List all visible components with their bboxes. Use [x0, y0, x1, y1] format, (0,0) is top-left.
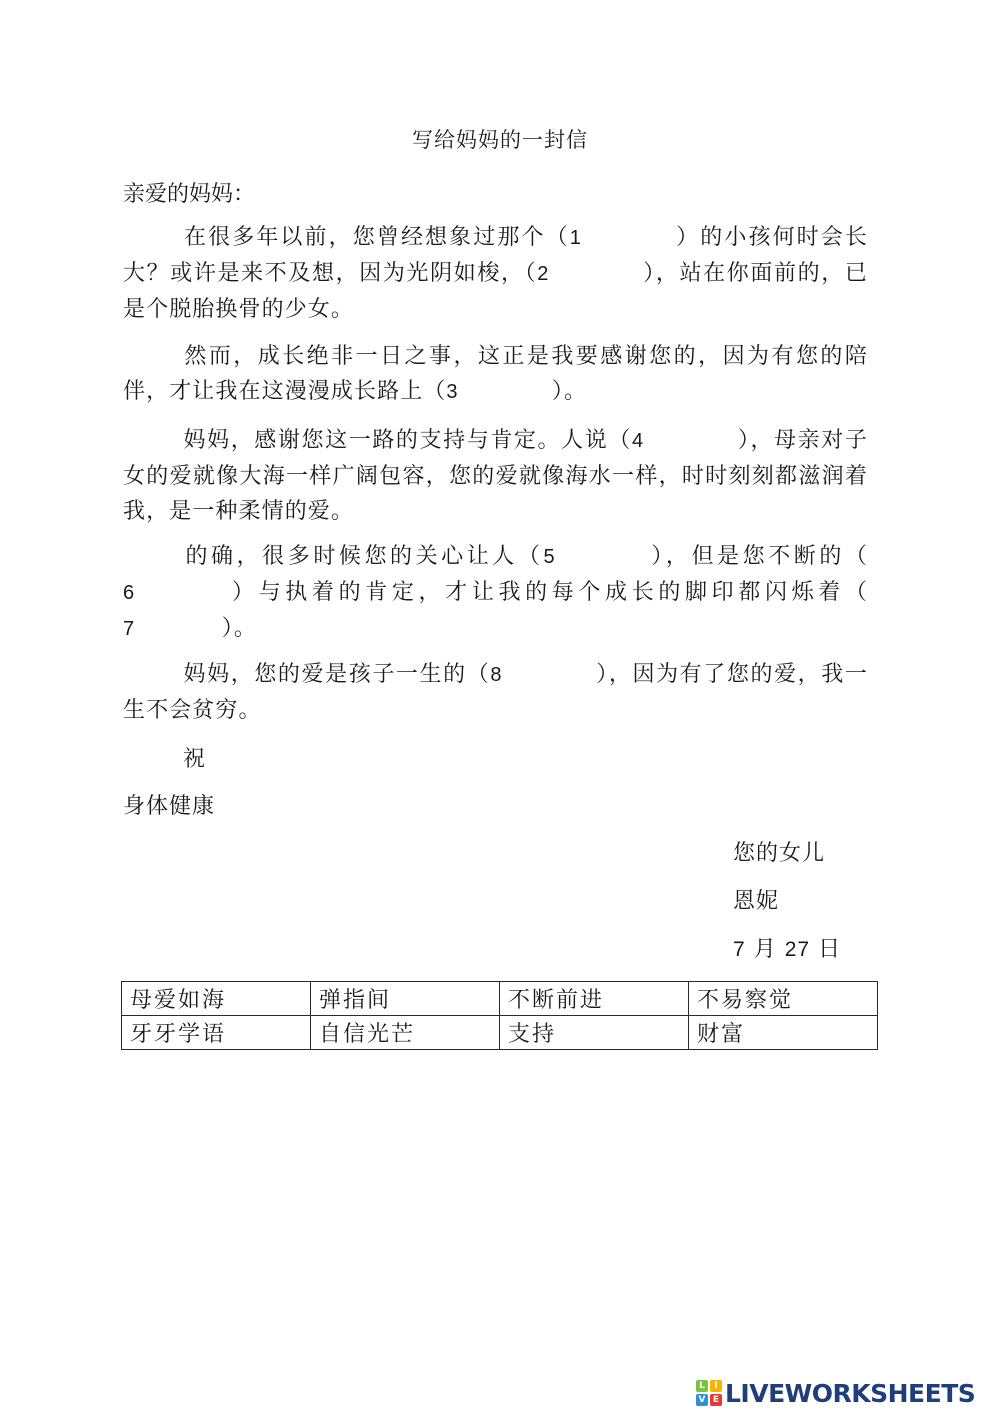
answer-blank-1[interactable]: 1	[570, 221, 675, 256]
word-bank-cell[interactable]: 牙牙学语	[122, 1016, 311, 1050]
word-bank-table: 母爱如海 弹指间 不断前进 不易察觉 牙牙学语 自信光芒 支持 财富	[121, 981, 878, 1050]
paragraph-text: ）。	[552, 379, 587, 404]
answer-blank-4[interactable]: 4	[632, 424, 737, 459]
liveworksheets-brand: L I V E LIVEWORKSHEETS	[696, 1378, 975, 1408]
answer-blank-8[interactable]: 8	[490, 658, 595, 693]
word-bank-row: 牙牙学语 自信光芒 支持 财富	[122, 1016, 878, 1050]
salutation: 亲爱的妈妈：	[123, 177, 255, 208]
paragraph-1: 在很多年以前，您曾经想象过那个（1 ）的小孩何时会长大？或许是来不及想，因为光阴…	[123, 220, 868, 327]
blank-number: 8	[490, 658, 502, 693]
paragraph-text: ）与执着的肯定，才让我的每个成长的脚印都闪烁着（	[228, 580, 868, 605]
date-month-label: 月	[754, 937, 777, 962]
liveworksheets-logo-icon: L I V E	[696, 1380, 722, 1406]
signature-name: 恩妮	[733, 884, 779, 915]
logo-tile-l: L	[696, 1380, 708, 1392]
word-bank-cell[interactable]: 弹指间	[311, 982, 500, 1016]
blank-number: 1	[570, 221, 582, 256]
signature-relation: 您的女儿	[733, 836, 825, 867]
answer-blank-5[interactable]: 5	[543, 540, 648, 575]
signature-date: 7 月 27 日	[733, 932, 841, 963]
paragraph-5: 妈妈，您的爱是孩子一生的（8 ），因为有了您的爱，我一生不会贫穷。	[123, 657, 868, 728]
date-month: 7	[733, 938, 746, 961]
date-day: 27	[785, 938, 810, 961]
brand-wordmark: LIVEWORKSHEETS	[725, 1379, 975, 1408]
logo-tile-i: I	[710, 1380, 722, 1392]
closing-wish: 祝	[183, 742, 205, 773]
word-bank-cell[interactable]: 自信光芒	[311, 1016, 500, 1050]
blank-number: 6	[123, 576, 135, 611]
paragraph-text: ），但是您不断的（	[649, 544, 868, 569]
word-bank-cell[interactable]: 支持	[500, 1016, 689, 1050]
blank-space[interactable]	[135, 576, 228, 611]
blank-number: 4	[632, 424, 644, 459]
paragraph-text: 妈妈，您的爱是孩子一生的（	[183, 662, 490, 687]
paragraph-2: 然而，成长绝非一日之事，这正是我要感谢您的，因为有您的陪伴，才让我在这漫漫成长路…	[123, 339, 868, 410]
answer-blank-2[interactable]: 2	[537, 257, 642, 292]
letter-title: 写给妈妈的一封信	[0, 124, 1000, 154]
logo-tile-e: E	[710, 1394, 722, 1406]
word-bank-cell[interactable]: 母爱如海	[122, 982, 311, 1016]
blank-space[interactable]	[582, 221, 675, 256]
blank-space[interactable]	[135, 612, 222, 647]
blank-number: 2	[537, 257, 549, 292]
paragraph-text: 的确，很多时候您的关心让人（	[183, 544, 543, 569]
blank-space[interactable]	[556, 540, 649, 575]
paragraph-3: 妈妈，感谢您这一路的支持与肯定。人说（4 ），母亲对子女的爱就像大海一样广阔包容…	[123, 423, 868, 529]
blank-number: 7	[123, 612, 135, 647]
answer-blank-7[interactable]: 7	[123, 612, 222, 647]
blank-space[interactable]	[550, 257, 643, 292]
worksheet-page: 写给妈妈的一封信 亲爱的妈妈： 在很多年以前，您曾经想象过那个（1 ）的小孩何时…	[0, 0, 1000, 1413]
logo-tile-v: V	[696, 1394, 708, 1406]
word-bank-cell[interactable]: 不断前进	[500, 982, 689, 1016]
blank-number: 5	[543, 540, 555, 575]
blank-space[interactable]	[459, 375, 552, 410]
date-day-label: 日	[818, 937, 841, 962]
paragraph-text: 妈妈，感谢您这一路的支持与肯定。人说（	[183, 428, 632, 453]
word-bank-cell[interactable]: 不易察觉	[689, 982, 878, 1016]
paragraph-text: ）。	[222, 616, 257, 641]
word-bank-row: 母爱如海 弹指间 不断前进 不易察觉	[122, 982, 878, 1016]
word-bank-cell[interactable]: 财富	[689, 1016, 878, 1050]
paragraph-4: 的确，很多时候您的关心让人（5 ），但是您不断的（6 ）与执着的肯定，才让我的每…	[123, 539, 868, 647]
closing-health: 身体健康	[123, 789, 215, 820]
answer-blank-3[interactable]: 3	[446, 375, 551, 410]
paragraph-text: 在很多年以前，您曾经想象过那个（	[183, 225, 570, 250]
blank-space[interactable]	[503, 658, 596, 693]
blank-space[interactable]	[644, 424, 737, 459]
answer-blank-6[interactable]: 6	[123, 576, 228, 611]
blank-number: 3	[446, 375, 458, 410]
